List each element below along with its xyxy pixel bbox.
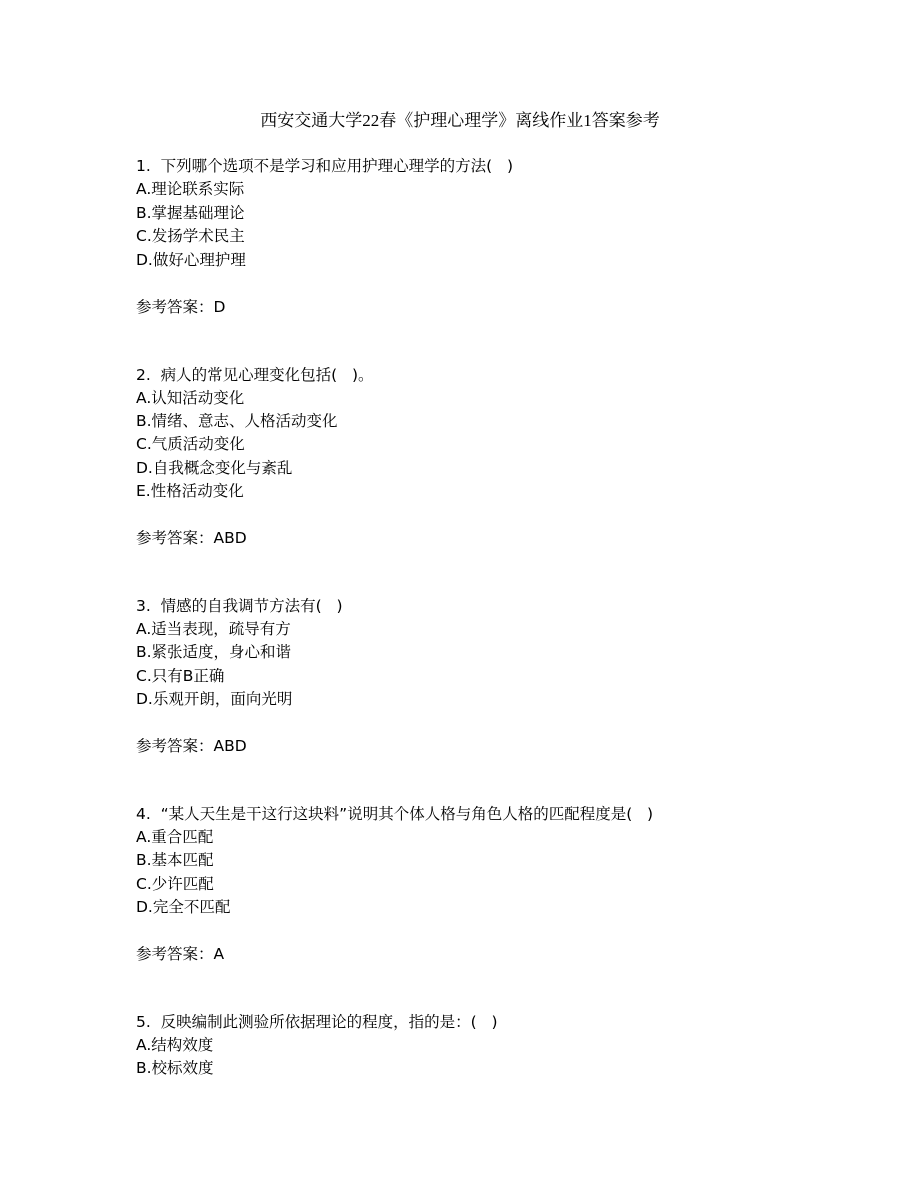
option-a: A.适当表现，疏导有方 [136, 618, 291, 640]
answer: 参考答案：ABD [136, 735, 247, 757]
option-d: D.乐观开朗，面向光明 [136, 688, 292, 710]
document-title: 西安交通大学22春《护理心理学》离线作业1答案参考 [0, 109, 920, 133]
option-a: A.认知活动变化 [136, 387, 244, 409]
option-b: B.掌握基础理论 [136, 202, 245, 224]
question-stem: 5. 反映编制此测验所依据理论的程度，指的是：( ) [136, 1011, 498, 1033]
option-e: E.性格活动变化 [136, 480, 244, 502]
option-b: B.基本匹配 [136, 849, 214, 871]
option-c: C.只有B正确 [136, 665, 224, 687]
option-d: D.做好心理护理 [136, 249, 246, 271]
question-stem: 2. 病人的常见心理变化包括( )。 [136, 364, 374, 386]
option-c: C.发扬学术民主 [136, 225, 245, 247]
answer: 参考答案：A [136, 943, 224, 965]
option-b: B.校标效度 [136, 1057, 214, 1079]
option-d: D.完全不匹配 [136, 896, 230, 918]
question-stem: 4. “某人天生是干这行这块料”说明其个体人格与角色人格的匹配程度是( ) [136, 803, 653, 825]
option-b: B.情绪、意志、人格活动变化 [136, 410, 338, 432]
option-c: C.气质活动变化 [136, 433, 245, 455]
option-d: D.自我概念变化与紊乱 [136, 457, 292, 479]
question-stem: 1. 下列哪个选项不是学习和应用护理心理学的方法( ) [136, 155, 513, 177]
option-a: A.重合匹配 [136, 826, 213, 848]
option-a: A.结构效度 [136, 1034, 213, 1056]
answer: 参考答案：ABD [136, 527, 247, 549]
answer: 参考答案：D [136, 296, 225, 318]
option-b: B.紧张适度，身心和谐 [136, 641, 291, 663]
option-c: C.少许匹配 [136, 873, 214, 895]
question-stem: 3. 情感的自我调节方法有( ) [136, 595, 343, 617]
option-a: A.理论联系实际 [136, 178, 244, 200]
